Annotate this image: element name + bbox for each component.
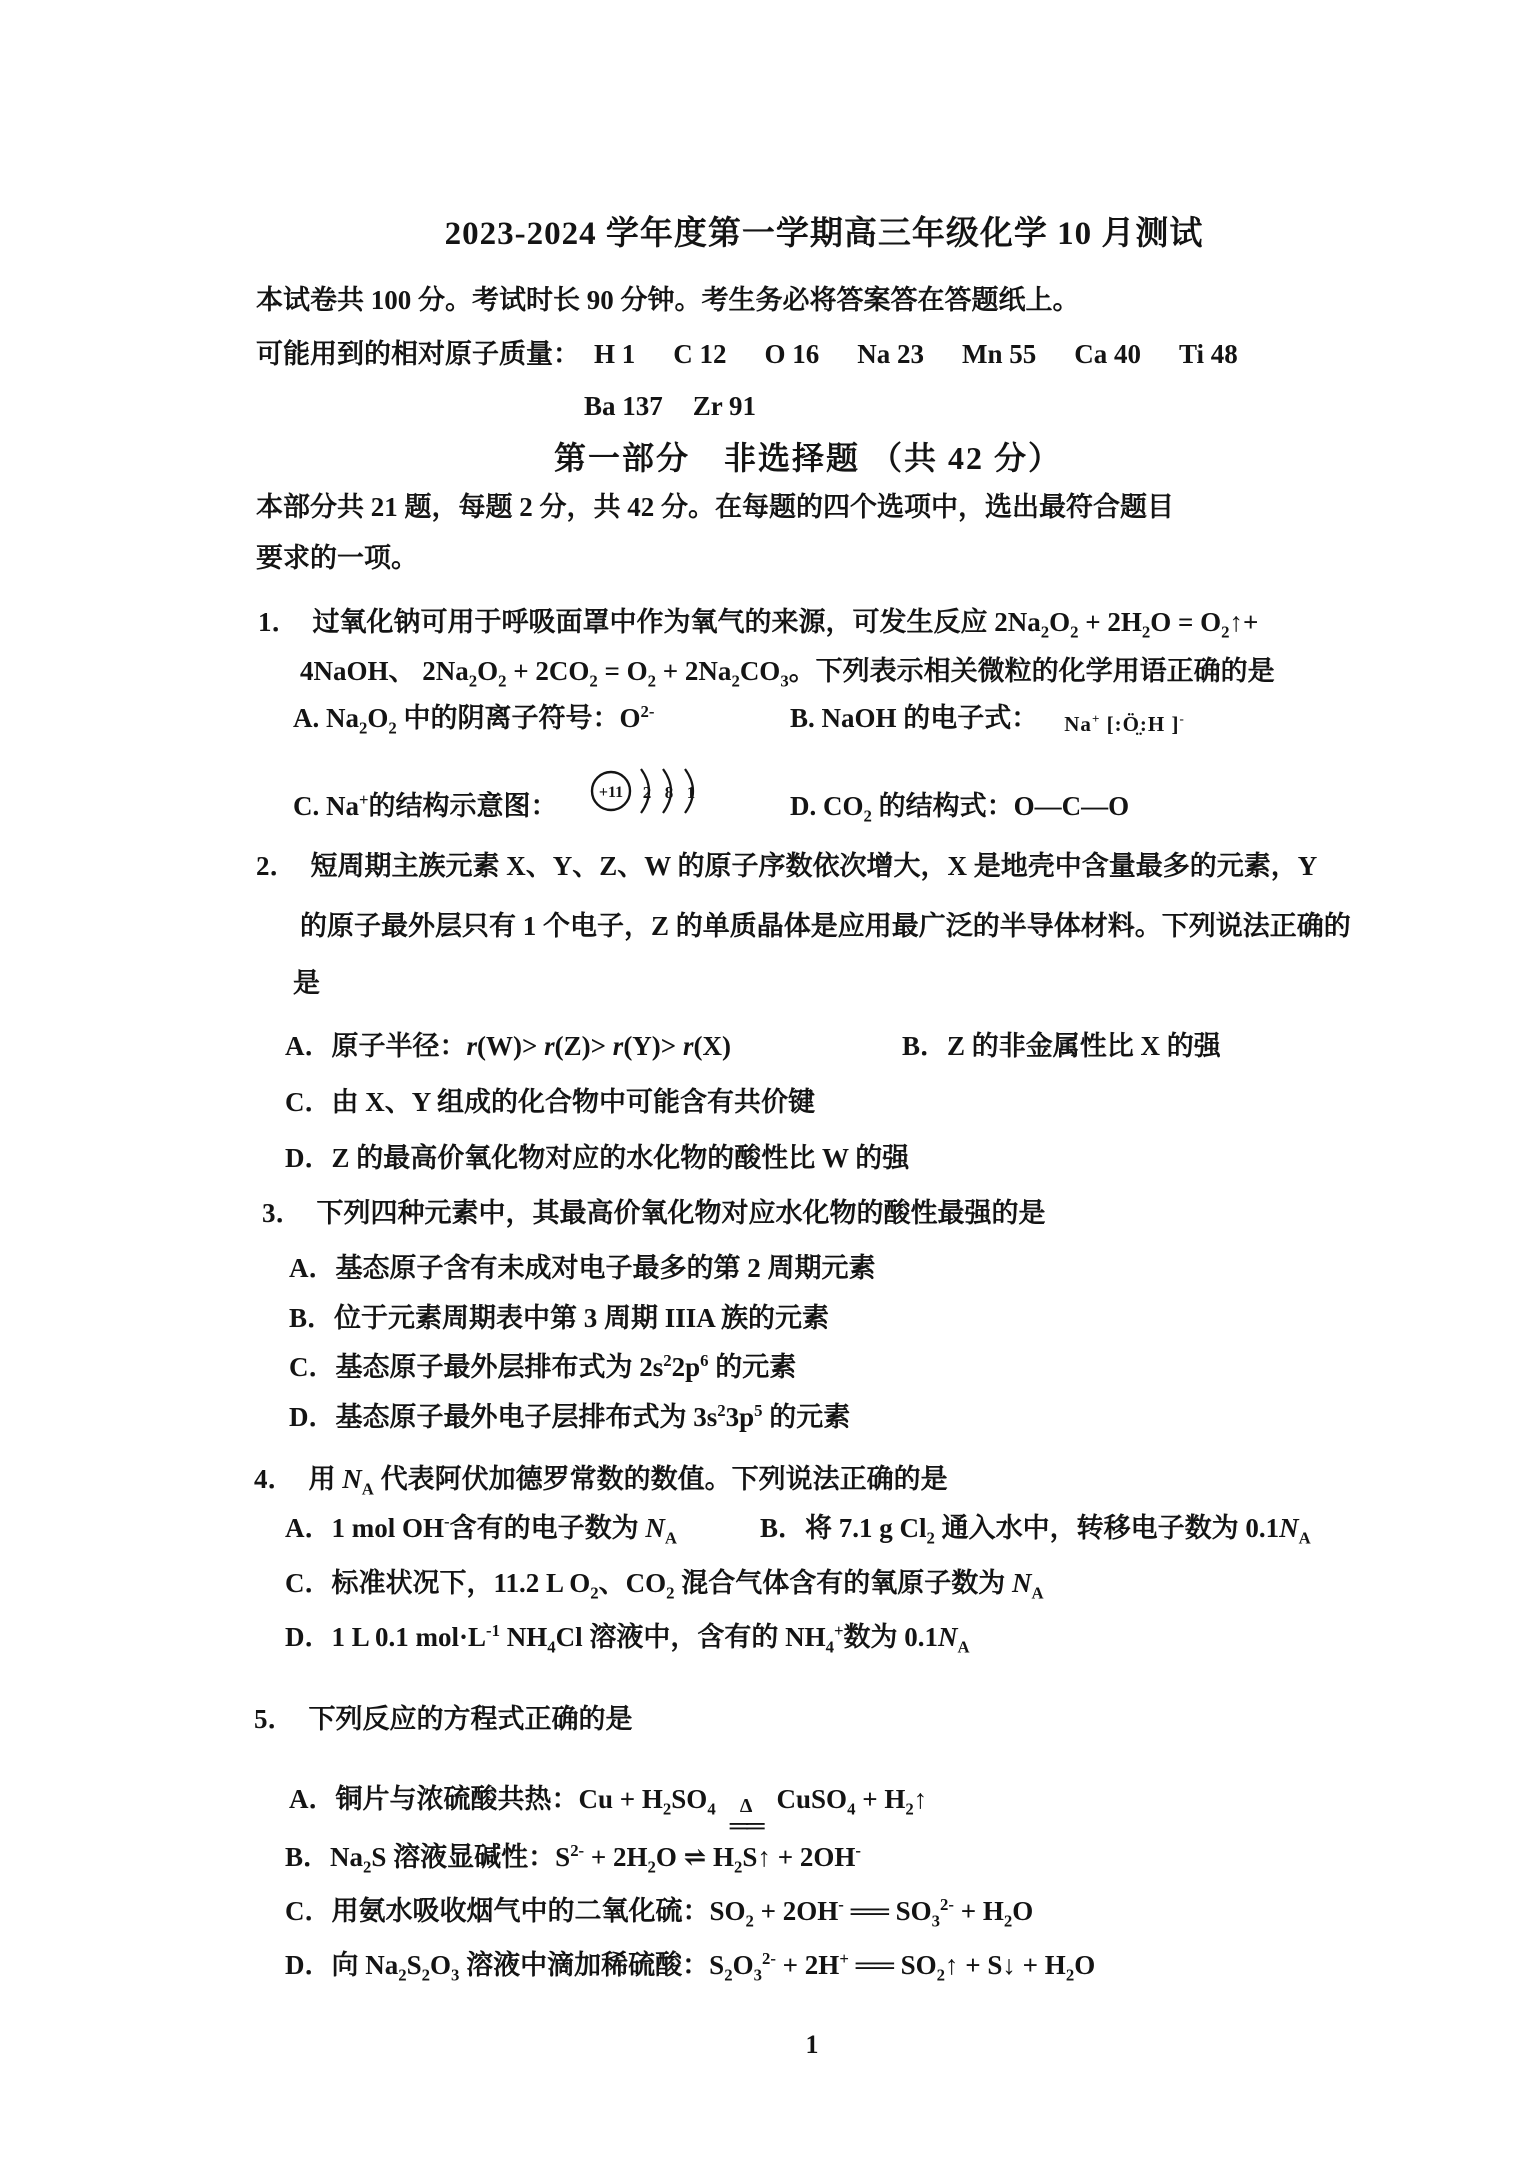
q1-option-c-label: C. Na+的结构示意图：: [293, 789, 558, 824]
question-3-stem-text: 下列四种元素中，其最高价氧化物对应水化物的酸性最强的是: [317, 1198, 1046, 1228]
q2-option-c: C．由 X、Y 组成的化合物中可能含有共价键: [285, 1085, 815, 1120]
atomic-mass-value: O 16: [765, 337, 820, 372]
q5-option-a: A．铜片与浓硫酸共热：Cu + H2SO4Δ══CuSO4 + H2↑: [289, 1782, 927, 1836]
electron-dot-formula: Na+ [:Ö̤:H ]-: [1064, 712, 1185, 736]
nucleus-charge: +11: [599, 784, 623, 801]
q1-option-d: D. CO2 的结构式：O—C—O: [790, 789, 1129, 824]
q3-option-b: B．位于元素周期表中第 3 周期 IIIA 族的元素: [289, 1301, 829, 1336]
shell-electron-count: 2: [643, 783, 652, 802]
question-1-stem-line-2: 4NaOH、 2Na2O2 + 2CO2 = O2 + 2Na2CO3。下列表示…: [300, 654, 1275, 689]
question-3-number: 3．: [262, 1198, 303, 1228]
q5-option-a-post: CuSO4 + H2↑: [777, 1784, 928, 1814]
question-2-stem-text: 短周期主族元素 X、Y、Z、W 的原子序数依次增大，X 是地壳中含量最多的元素，…: [311, 851, 1318, 881]
q1-option-b-label: B. NaOH 的电子式：: [790, 703, 1038, 733]
section-title: 第一部分 非选择题 （共 42 分）: [0, 438, 1536, 480]
atomic-mass-value: Mn 55: [962, 337, 1036, 372]
atomic-masses-label: 可能用到的相对原子质量：: [256, 337, 580, 372]
atomic-mass-value: Ti 48: [1179, 337, 1238, 372]
question-5-stem: 5．下列反应的方程式正确的是: [254, 1702, 633, 1737]
atomic-mass-value: C 12: [673, 337, 726, 372]
q3-option-d: D．基态原子最外电子层排布式为 3s23p5 的元素: [289, 1400, 850, 1435]
q4-option-a: A．1 mol OH-含有的电子数为 NA: [285, 1511, 677, 1546]
exam-info-line: 本试卷共 100 分。考试时长 90 分钟。考生务必将答案答在答题纸上。: [256, 283, 1080, 318]
shell-electron-count: 1: [687, 783, 696, 802]
question-2-stem-line-1: 2．短周期主族元素 X、Y、Z、W 的原子序数依次增大，X 是地壳中含量最多的元…: [256, 849, 1317, 884]
q2-option-d: D．Z 的最高价氧化物对应的水化物的酸性比 W 的强: [285, 1141, 909, 1176]
atomic-masses-row-1: 可能用到的相对原子质量： H 1 C 12 O 16 Na 23 Mn 55 C…: [256, 337, 1276, 372]
question-4-stem-text: 用 NA 代表阿伏加德罗常数的数值。下列说法正确的是: [309, 1464, 948, 1494]
question-5-number: 5．: [254, 1704, 295, 1734]
q2-option-a: A．原子半径：r(W)> r(Z)> r(Y)> r(X): [285, 1029, 731, 1064]
exam-paper-page: 2023-2024 学年度第一学期高三年级化学 10 月测试 本试卷共 100 …: [0, 0, 1536, 2169]
question-1-stem-text: 过氧化钠可用于呼吸面罩中作为氧气的来源，可发生反应 2Na2O2 + 2H2O …: [313, 607, 1259, 637]
question-1-number: 1．: [258, 607, 299, 637]
atomic-masses-row-2: Ba 137 Zr 91: [584, 389, 786, 424]
q1-option-a: A. Na2O2 中的阴离子符号：O2-: [293, 701, 654, 736]
question-2-number: 2．: [256, 851, 297, 881]
q3-option-c: C．基态原子最外层排布式为 2s22p6 的元素: [289, 1350, 796, 1385]
q3-option-a: A．基态原子含有未成对电子最多的第 2 周期元素: [289, 1251, 876, 1286]
atomic-mass-value: H 1: [594, 337, 635, 372]
question-4-stem: 4．用 NA 代表阿伏加德罗常数的数值。下列说法正确的是: [254, 1462, 948, 1497]
question-2-stem-line-3: 是: [293, 966, 320, 1001]
q5-option-b: B．Na2S 溶液显碱性：S2- + 2H2O ⇌ H2S↑ + 2OH-: [285, 1840, 861, 1875]
equals-double-line: ══: [730, 1816, 763, 1836]
page-title: 2023-2024 学年度第一学期高三年级化学 10 月测试: [0, 213, 1536, 256]
atomic-mass-value: Zr 91: [693, 389, 756, 424]
question-2-stem-line-2: 的原子最外层只有 1 个电子，Z 的单质晶体是应用最广泛的半导体材料。下列说法正…: [300, 909, 1351, 944]
page-number: 1: [0, 2028, 1536, 2062]
atomic-mass-value: Na 23: [857, 337, 924, 372]
q1-option-b: B. NaOH 的电子式：Na+ [:Ö̤:H ]-: [790, 701, 1185, 736]
atomic-mass-value: Ca 40: [1074, 337, 1141, 372]
question-4-number: 4．: [254, 1464, 295, 1494]
section-note-line-2: 要求的一项。: [256, 541, 418, 576]
q4-option-c: C．标准状况下，11.2 L O2、CO2 混合气体含有的氧原子数为 NA: [285, 1566, 1044, 1601]
section-note-line-1: 本部分共 21 题，每题 2 分，共 42 分。在每题的四个选项中，选出最符合题…: [256, 490, 1174, 525]
q5-option-d: D．向 Na2S2O3 溶液中滴加稀硫酸：S2O32- + 2H+ ══ SO2…: [285, 1948, 1095, 1983]
delta-heated-equals: Δ══: [730, 1796, 763, 1836]
atomic-mass-value: Ba 137: [584, 389, 663, 424]
question-5-stem-text: 下列反应的方程式正确的是: [309, 1704, 633, 1734]
q2-option-b: B．Z 的非金属性比 X 的强: [902, 1029, 1221, 1064]
q4-option-b: B．将 7.1 g Cl2 通入水中，转移电子数为 0.1NA: [760, 1511, 1311, 1546]
q5-option-a-pre: A．铜片与浓硫酸共热：Cu + H2SO4: [289, 1784, 716, 1814]
atom-structure-diagram: +11 2 8 1: [584, 753, 716, 827]
shell-electron-count: 8: [665, 783, 674, 802]
q4-option-d: D．1 L 0.1 mol·L-1 NH4Cl 溶液中，含有的 NH4+数为 0…: [285, 1620, 970, 1655]
question-1-stem-line-1: 1．过氧化钠可用于呼吸面罩中作为氧气的来源，可发生反应 2Na2O2 + 2H2…: [258, 605, 1258, 640]
q5-option-c: C．用氨水吸收烟气中的二氧化硫：SO2 + 2OH- ══ SO32- + H2…: [285, 1894, 1033, 1929]
question-3-stem: 3．下列四种元素中，其最高价氧化物对应水化物的酸性最强的是: [262, 1196, 1046, 1231]
